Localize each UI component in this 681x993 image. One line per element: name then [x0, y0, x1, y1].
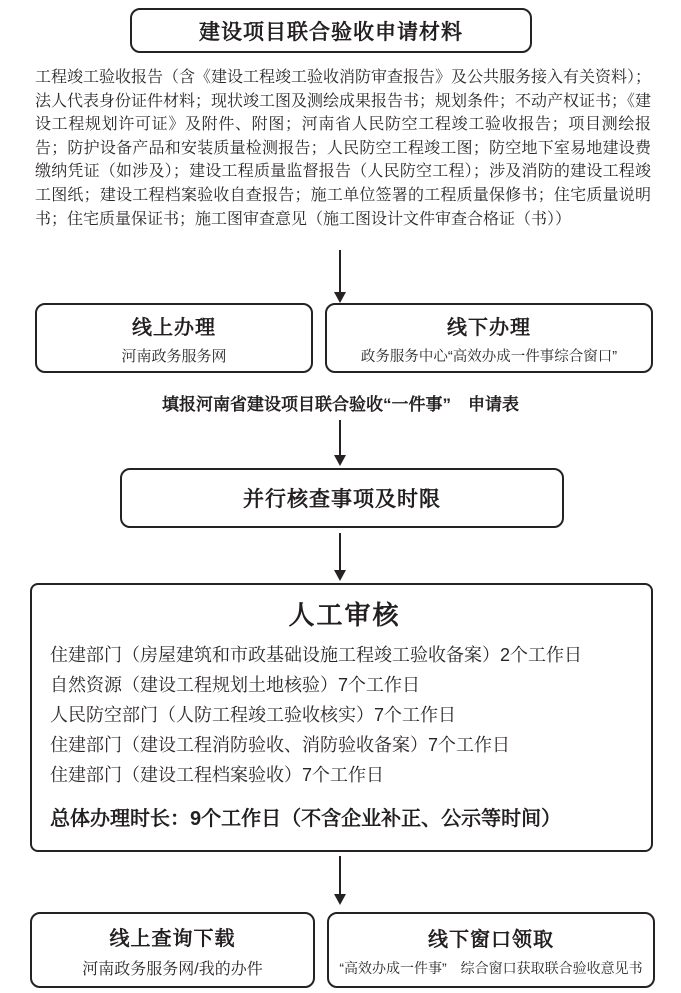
review-item: 住建部门（建设工程消防验收、消防验收备案）7个工作日: [50, 730, 639, 760]
online-apply-title: 线上办理: [132, 311, 216, 340]
offline-result-subtitle: “高效办成一件事” 综合窗口获取联合验收意见书: [339, 958, 642, 978]
review-item: 人民防空部门（人防工程竣工验收核实）7个工作日: [50, 700, 639, 730]
online-result-box: 线上查询下载 河南政务服务网/我的办件: [30, 912, 315, 988]
fill-form-note: 填报河南省建设项目联合验收“一件事” 申请表: [0, 390, 681, 415]
manual-review-title: 人工审核: [50, 595, 639, 632]
offline-apply-box: 线下办理 政务服务中心“高效办成一件事综合窗口”: [325, 303, 653, 373]
manual-review-box: 人工审核 住建部门（房屋建筑和市政基础设施工程竣工验收备案）2个工作日 自然资源…: [30, 583, 653, 852]
online-apply-subtitle: 河南政务服务网: [121, 345, 226, 366]
offline-result-title: 线下窗口领取: [428, 923, 554, 952]
flowchart-title-box: 建设项目联合验收申请材料: [130, 8, 532, 53]
offline-apply-title: 线下办理: [447, 311, 531, 340]
down-arrow-icon: [339, 420, 341, 455]
parallel-check-title: 并行核查事项及时限: [243, 483, 441, 513]
parallel-check-box: 并行核查事项及时限: [120, 468, 564, 528]
review-item: 住建部门（建设工程档案验收）7个工作日: [50, 760, 639, 790]
online-apply-box: 线上办理 河南政务服务网: [35, 303, 313, 373]
online-result-title: 线上查询下载: [110, 922, 236, 951]
online-result-subtitle: 河南政务服务网/我的办件: [82, 956, 262, 979]
offline-apply-subtitle: 政务服务中心“高效办成一件事综合窗口”: [361, 345, 617, 366]
review-total-duration: 总体办理时长：9个工作日（不含企业补正、公示等时间）: [50, 802, 639, 831]
down-arrow-icon: [339, 250, 341, 292]
review-item: 自然资源（建设工程规划土地核验）7个工作日: [50, 670, 639, 700]
down-arrow-icon: [339, 533, 341, 570]
down-arrow-icon: [339, 856, 341, 894]
offline-result-box: 线下窗口领取 “高效办成一件事” 综合窗口获取联合验收意见书: [327, 912, 655, 988]
flowchart-canvas: 建设项目联合验收申请材料 工程竣工验收报告（含《建设工程竣工验收消防审查报告》及…: [0, 0, 681, 993]
review-item: 住建部门（房屋建筑和市政基础设施工程竣工验收备案）2个工作日: [50, 640, 639, 670]
flowchart-title: 建设项目联合验收申请材料: [199, 16, 463, 46]
application-materials-text: 工程竣工验收报告（含《建设工程竣工验收消防审查报告》及公共服务接入有关资料）；法…: [35, 66, 651, 231]
